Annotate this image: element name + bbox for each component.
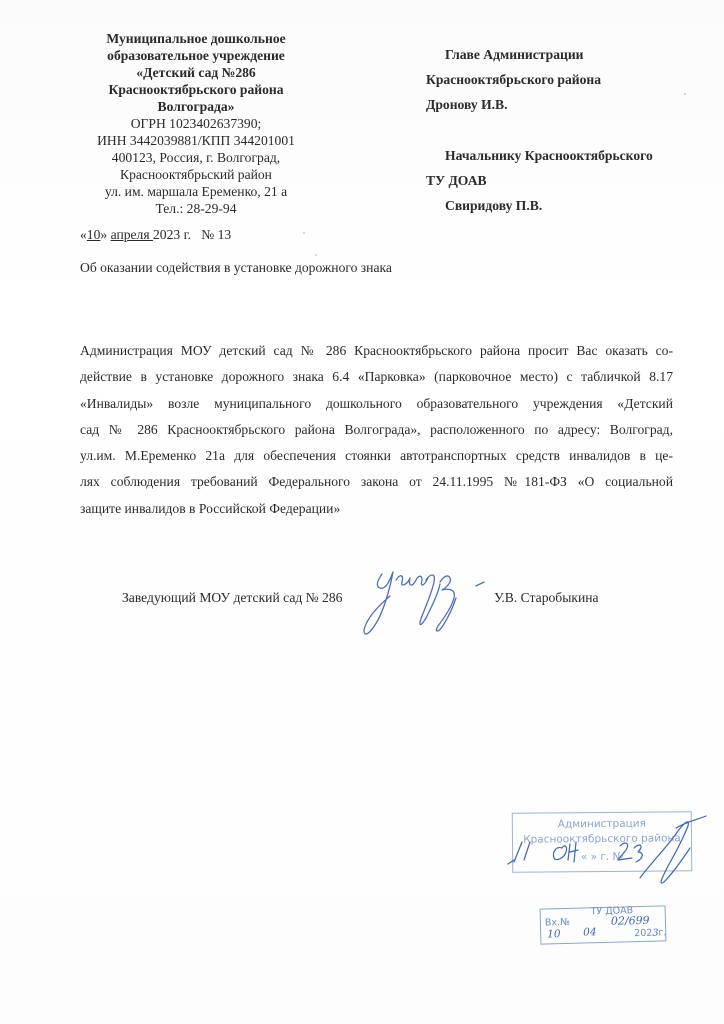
- admin-stamp-handwriting-icon: [500, 800, 710, 890]
- stamp-incoming-number: 02/699: [611, 914, 650, 928]
- signatory-name: У.В. Старобыкина: [494, 590, 599, 606]
- stamp-incoming-day: 10: [547, 928, 561, 940]
- document-body: Администрация МОУ детский сад № 286 Крас…: [80, 338, 673, 522]
- body-line: защите инвалидов в Российской Федерации»: [80, 496, 673, 522]
- sender-phone: Тел.: 28-29-94: [62, 200, 330, 217]
- handwritten-signature-icon: [360, 560, 500, 650]
- scan-speck: [303, 232, 305, 234]
- scan-speck: [684, 93, 686, 95]
- recipient-2-title: Начальнику Краснооктябрьского: [426, 143, 706, 168]
- body-line: сад № 286 Краснооктябрьского района Волг…: [80, 417, 673, 443]
- recipient-2-name: Свиридову П.В.: [426, 193, 706, 218]
- stamp-incoming-month: 04: [583, 926, 597, 938]
- quote-open: «: [80, 227, 87, 242]
- sender-name-line: Волгограда»: [62, 98, 330, 115]
- year-suffix: г.: [658, 927, 666, 938]
- document-subject: Об оказании содействия в установке дорож…: [80, 260, 392, 276]
- recipient-1-district: Краснооктябрьского района: [426, 67, 706, 92]
- quote-close: »: [100, 227, 107, 242]
- document-date-number: «10» апреля 2023 г. № 13: [80, 227, 231, 243]
- sender-name-line: образовательное учреждение: [62, 47, 330, 64]
- signatory-position: Заведующий МОУ детский сад № 286: [122, 590, 342, 606]
- sender-address-line: Краснооктябрьский район: [62, 166, 330, 183]
- sender-inn-kpp: ИНН 3442039881/КПП 344201001: [62, 132, 330, 149]
- year-printed: 202: [634, 928, 652, 939]
- recipient-block: Главе Администрации Краснооктябрьского р…: [426, 42, 706, 218]
- date-day: 10: [87, 227, 101, 242]
- body-line: Администрация МОУ детский сад № 286 Крас…: [80, 338, 673, 364]
- doav-incoming-stamp: ТУ ДОАВ Вх.№ 02/699 10 04 2023г.: [540, 905, 667, 944]
- body-line: лях соблюдения требований Федерального з…: [80, 469, 673, 495]
- sender-address-line: ул. им. маршала Еременко, 21 а: [62, 183, 330, 200]
- body-line: действие в установке дорожного знака 6.4…: [80, 364, 673, 390]
- document-number: № 13: [201, 227, 231, 242]
- recipient-2-org: ТУ ДОАВ: [426, 168, 706, 193]
- recipient-spacer: [426, 117, 706, 143]
- sender-name-line: Муниципальное дошкольное: [62, 30, 330, 47]
- sender-letterhead: Муниципальное дошкольное образовательное…: [62, 30, 330, 217]
- document-page: Муниципальное дошкольное образовательное…: [0, 0, 724, 1024]
- sender-name-line: Краснооктябрьского района: [62, 81, 330, 98]
- date-year: 2023 г.: [153, 227, 191, 242]
- recipient-1-name: Дронову И.В.: [426, 92, 706, 117]
- recipient-1-title: Главе Администрации: [426, 42, 706, 67]
- sender-ogrn: ОГРН 1023402637390;: [62, 115, 330, 132]
- stamp-incoming-label: Вх.№: [545, 917, 570, 929]
- sender-name-line: «Детский сад №286: [62, 64, 330, 81]
- scan-speck: [315, 254, 317, 256]
- body-line: «Инвалиды» возле муниципального дошкольн…: [80, 391, 673, 417]
- sender-address-line: 400123, Россия, г. Волгоград,: [62, 149, 330, 166]
- signatory-name-text: У.В. Старобыкина: [494, 590, 599, 605]
- body-line: ул.им. М.Еременко 21а для обеспечения ст…: [80, 443, 673, 469]
- date-month: апреля: [111, 227, 153, 242]
- stamp-incoming-year: 2023г.: [634, 927, 666, 939]
